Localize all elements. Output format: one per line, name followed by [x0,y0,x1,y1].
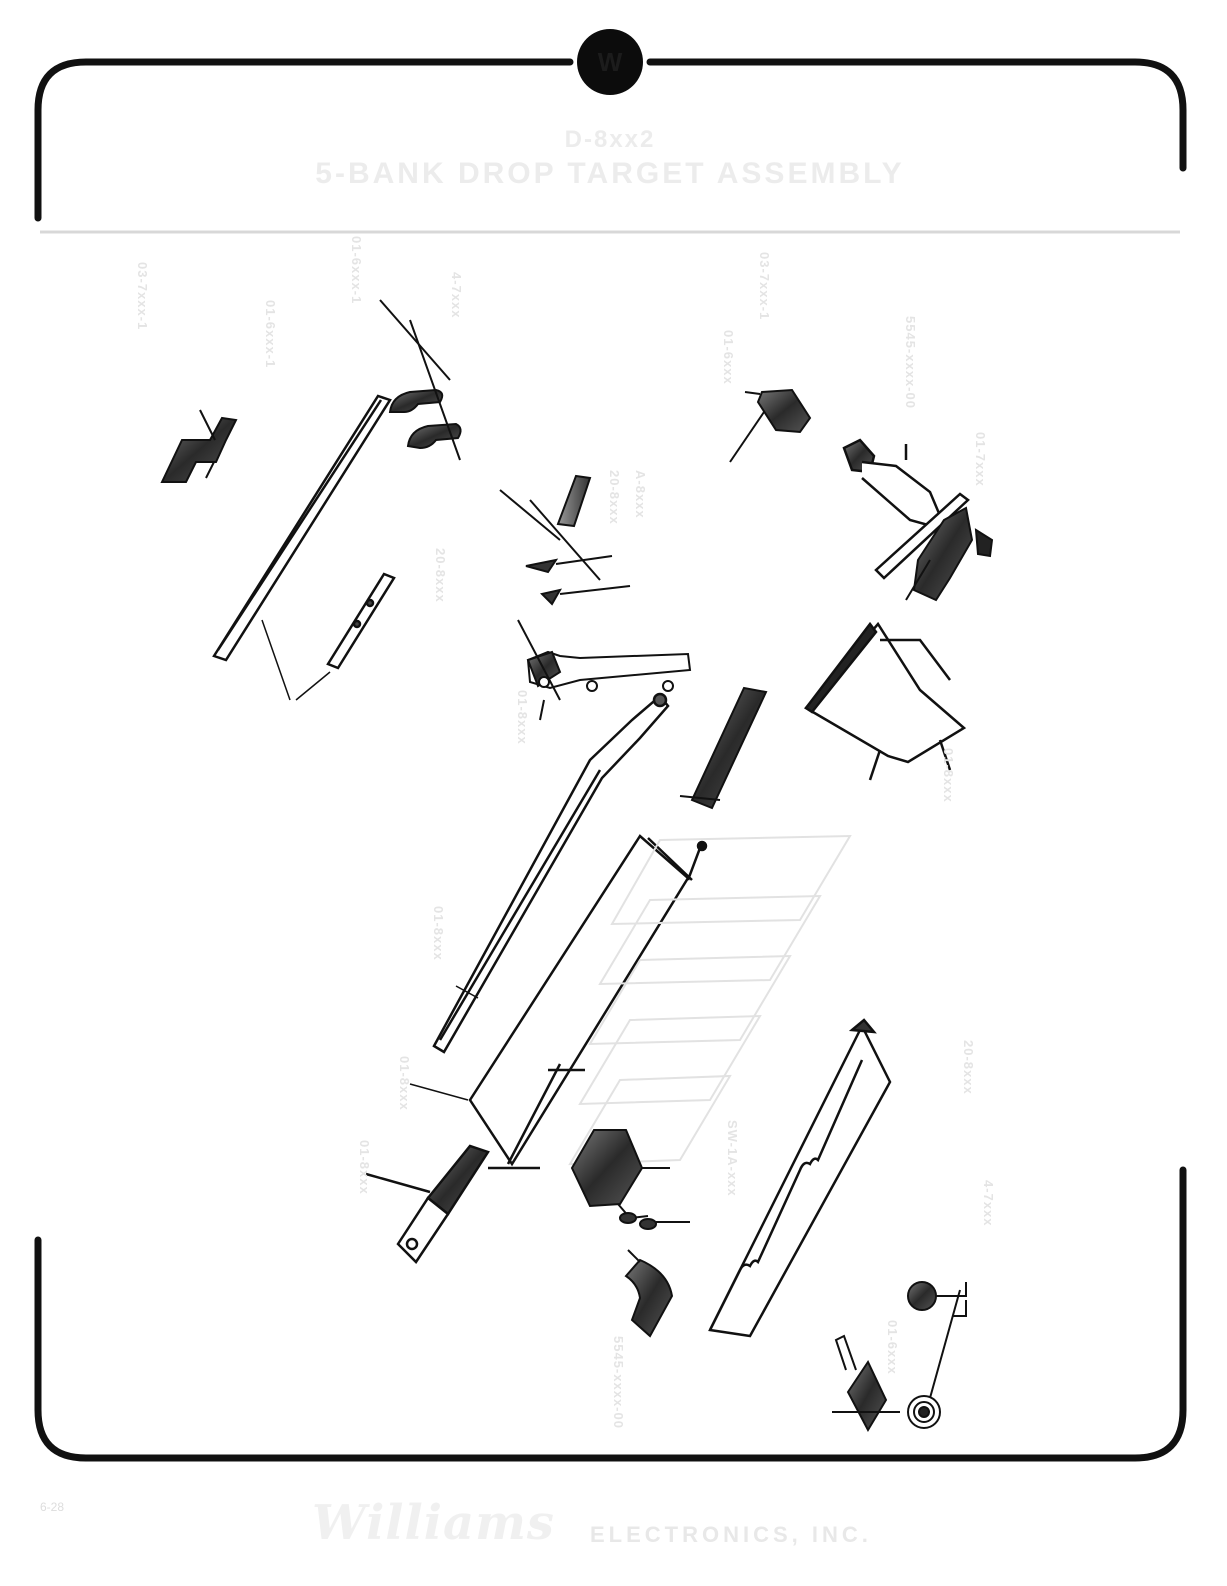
part-label: 4-7xxx [449,272,464,318]
part-label: 20-8xxx [433,548,448,603]
part-label: 01-8xxx [431,906,446,961]
clip-parts [380,300,461,460]
short-rail-part [328,574,394,668]
part-label: A-8xxx [633,470,648,519]
spring-screw-parts [526,556,630,604]
brand-logo-text: Williams [312,1495,555,1551]
curved-bracket-part [626,1250,672,1336]
company-name: ELECTRONICS, INC. [590,1522,872,1548]
shaded-plate-part [680,688,766,808]
part-label: 01-6xxx [721,330,736,385]
coil-sleeve-part [730,390,810,462]
part-label: 4-7xxx [981,1180,996,1226]
target-plate-part [470,836,706,1164]
page-frame [38,62,1183,1458]
page-title: 5-BANK DROP TARGET ASSEMBLY [300,155,920,193]
logo-glyph: W [578,42,642,82]
part-label: 01-6xxx-1 [349,236,364,304]
part-label: 01-7xxx [973,432,988,487]
part-label: 01-6xxx [885,1320,900,1375]
page-number: 6-28 [40,1500,64,1514]
part-label: 01-8xxx [515,690,530,745]
part-label: 03-7xxx-1 [135,262,150,330]
title-block: D-8xx2 5-BANK DROP TARGET ASSEMBLY [300,125,920,193]
part-label: 5545-xxxx-00 [611,1336,626,1429]
part-label: 03-7xxx-1 [757,252,772,320]
part-label: 20-8xxx [607,470,622,525]
part-label: 01-8xxx [397,1056,412,1111]
switch-bracket-part [162,410,236,482]
coil-bracket-part [572,1130,690,1229]
part-label: 01-8xxx [941,748,956,803]
part-label: SW-1A-xxx [725,1120,740,1197]
lever-part [434,694,668,1052]
part-label: 01-6xxx-1 [263,300,278,368]
drawing-number: D-8xx2 [300,125,920,155]
parts-manual-page: W D-8xx2 5-BANK DROP TARGET ASSEMBLY 03-… [0,0,1227,1586]
plate-leader-lines [410,986,478,1100]
rubber-ball-part [908,1282,966,1398]
mounting-bracket-part [366,1146,540,1262]
part-label: 5545-xxxx-00 [903,316,918,409]
part-label: 01-8xxx [357,1140,372,1195]
part-label: 20-8xxx [961,1040,976,1095]
long-rail-part [214,396,390,660]
grommet-part [908,1396,940,1428]
rail-leader-lines [262,620,330,700]
